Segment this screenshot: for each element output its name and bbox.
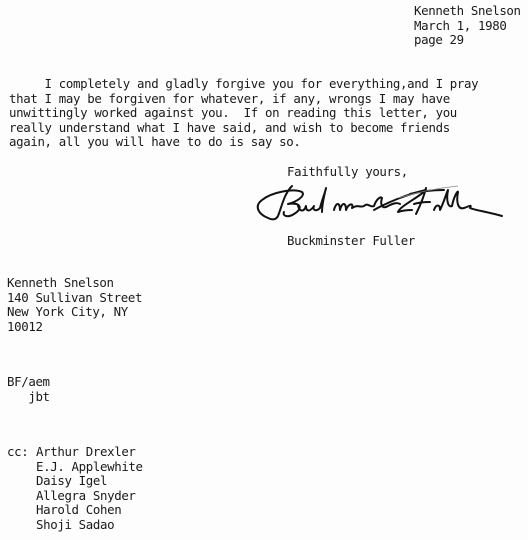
body-line: I completely and gladly forgive you for … [9,77,478,92]
cc-name: Arthur Drexler [36,445,143,460]
header-date: March 1, 1980 [414,19,521,34]
cc-name: Harold Cohen [36,503,143,518]
letter-body: I completely and gladly forgive you for … [9,77,478,150]
address-name: Kenneth Snelson [7,276,142,291]
page-header: Kenneth Snelson March 1, 1980 page 29 [414,4,521,48]
address-zip: 10012 [7,320,142,335]
address-street: 140 Sullivan Street [7,291,142,306]
recipient-address: Kenneth Snelson 140 Sullivan Street New … [7,276,142,334]
cc-name: Shoji Sadao [36,518,143,533]
cc-names: Arthur Drexler E.J. Applewhite Daisy Ige… [36,445,143,533]
address-city: New York City, NY [7,305,142,320]
signature-icon [248,180,508,230]
header-page-number: page 29 [414,33,521,48]
cc-name: Daisy Igel [36,474,143,489]
cc-name: E.J. Applewhite [36,460,143,475]
body-line: really understand what I have said, and … [9,121,478,136]
cc-name: Allegra Snyder [36,489,143,504]
signature-image [248,180,508,230]
letter-page: Kenneth Snelson March 1, 1980 page 29 I … [0,0,528,540]
body-line: again, all you will have to do is say so… [9,135,478,150]
cc-list: cc: Arthur Drexler E.J. Applewhite Daisy… [7,445,143,533]
initials-line: BF/aem [7,375,50,390]
body-line: unwittingly worked against you. If on re… [9,106,478,121]
initials-line: jbt [7,390,50,405]
body-line: that I may be forgiven for whatever, if … [9,92,478,107]
reference-initials: BF/aem jbt [7,375,50,404]
signer-name: Buckminster Fuller [287,234,415,249]
cc-label: cc: [7,445,36,533]
closing-salutation: Faithfully yours, [287,165,408,180]
header-recipient: Kenneth Snelson [414,4,521,19]
